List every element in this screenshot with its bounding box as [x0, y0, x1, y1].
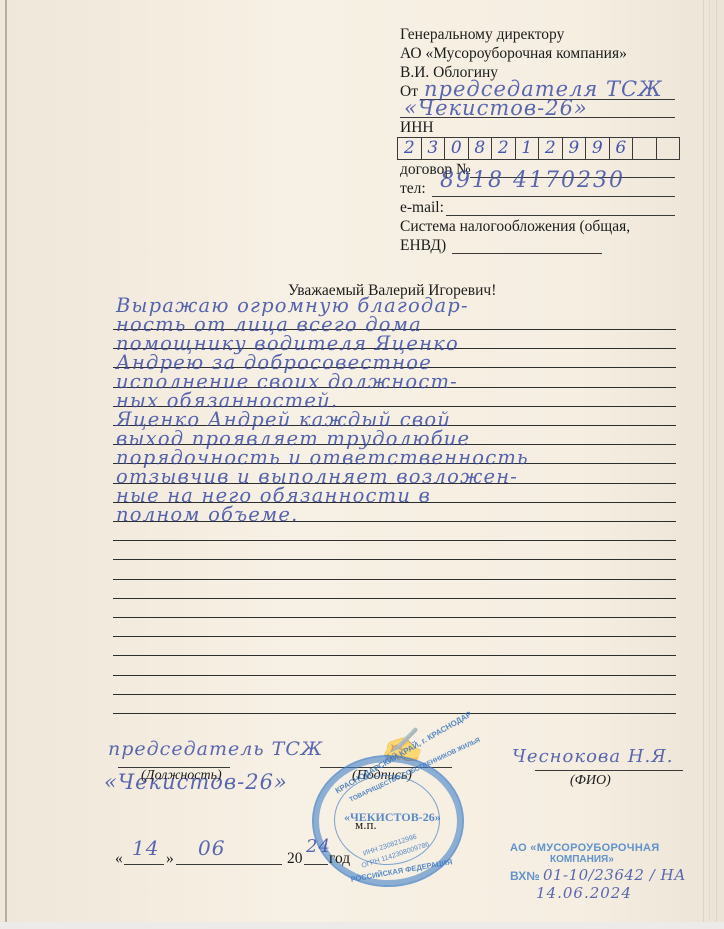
addressee-line1: Генеральному директору	[400, 26, 564, 44]
incoming-stamp-line2: КОМПАНИЯ»	[550, 854, 686, 865]
ruled-line	[113, 636, 676, 637]
incoming-stamp-label: ВХ№	[510, 869, 540, 883]
letter-body[interactable]: Выражаю огромную благодар- ность от лица…	[116, 296, 676, 524]
ruled-line	[113, 559, 676, 560]
inn-digit: 0	[445, 138, 469, 159]
date-open-quote: «	[115, 850, 123, 868]
inn-label: ИНН	[400, 119, 434, 137]
tax-field[interactable]	[452, 253, 602, 254]
inn-digit: 8	[469, 138, 493, 159]
addressee-line2: АО «Мусороуборочная компания»	[400, 45, 627, 63]
phone-label: тел:	[400, 180, 426, 198]
seal-caption: м.п.	[355, 816, 377, 834]
inn-digit: 6	[610, 138, 634, 159]
phone-underline	[432, 196, 675, 197]
date-month-underline	[176, 864, 282, 865]
incoming-stamp: АО «МУСОРОУБОРОЧНАЯ КОМПАНИЯ» ВХ№ 01-10/…	[510, 842, 686, 902]
phone-value[interactable]: 8918 4170230	[440, 168, 625, 193]
body-line: полном объеме.	[116, 505, 676, 524]
page-fold	[703, 0, 704, 922]
date-year-underline	[304, 864, 328, 865]
tax-label-line1: Система налогообложения (общая,	[400, 218, 630, 236]
date-year-word: год	[329, 850, 350, 868]
date-month[interactable]: 06	[198, 836, 225, 860]
inn-digit	[657, 138, 680, 159]
date-day-underline	[124, 864, 164, 865]
date-year-suffix[interactable]: 24	[306, 836, 331, 857]
ruled-line	[113, 675, 676, 676]
inn-digit: 2	[492, 138, 516, 159]
ruled-line	[113, 694, 676, 695]
inn-digit: 3	[422, 138, 446, 159]
page-fold	[709, 0, 710, 922]
incoming-date: 14.06.2024	[536, 884, 686, 902]
inn-digit	[633, 138, 657, 159]
inn-digit: 2	[398, 138, 422, 159]
ruled-line	[113, 655, 676, 656]
tax-label-line2: ЕНВД)	[400, 237, 446, 255]
inn-digit: 1	[516, 138, 540, 159]
page-fold	[716, 0, 717, 922]
inn-digit: 9	[586, 138, 610, 159]
from-value-line2[interactable]: «Чекистов-26»	[404, 96, 588, 120]
inn-digit: 2	[539, 138, 563, 159]
letter-page: Генеральному директору АО «Мусороуборочн…	[0, 0, 724, 922]
email-label: e-mail:	[400, 199, 444, 217]
position-caption: (Должность)	[141, 768, 222, 784]
fio-caption: (ФИО)	[570, 773, 611, 789]
date-day[interactable]: 14	[132, 836, 159, 860]
screen-bottom-strip	[0, 922, 724, 929]
incoming-number: 01-10/23642 / НА	[543, 866, 686, 884]
page-edge-left	[5, 0, 7, 922]
ruled-line	[113, 598, 676, 599]
ruled-line	[113, 540, 676, 541]
inn-field[interactable]: 2 3 0 8 2 1 2 9 9 6	[397, 137, 680, 160]
date-close-quote: »	[166, 850, 174, 868]
inn-digit: 9	[563, 138, 587, 159]
incoming-stamp-line1: АО «МУСОРОУБОРОЧНАЯ	[510, 842, 686, 854]
fio-underline	[535, 770, 683, 771]
ruled-line	[113, 713, 676, 714]
fio-value[interactable]: Чесноковa Н.Я.	[512, 746, 674, 767]
date-year-prefix: 20	[287, 850, 303, 868]
email-field[interactable]	[446, 215, 675, 216]
position-value-line1[interactable]: председатель ТСЖ	[108, 738, 323, 760]
ruled-line	[113, 579, 676, 580]
ruled-line	[113, 617, 676, 618]
